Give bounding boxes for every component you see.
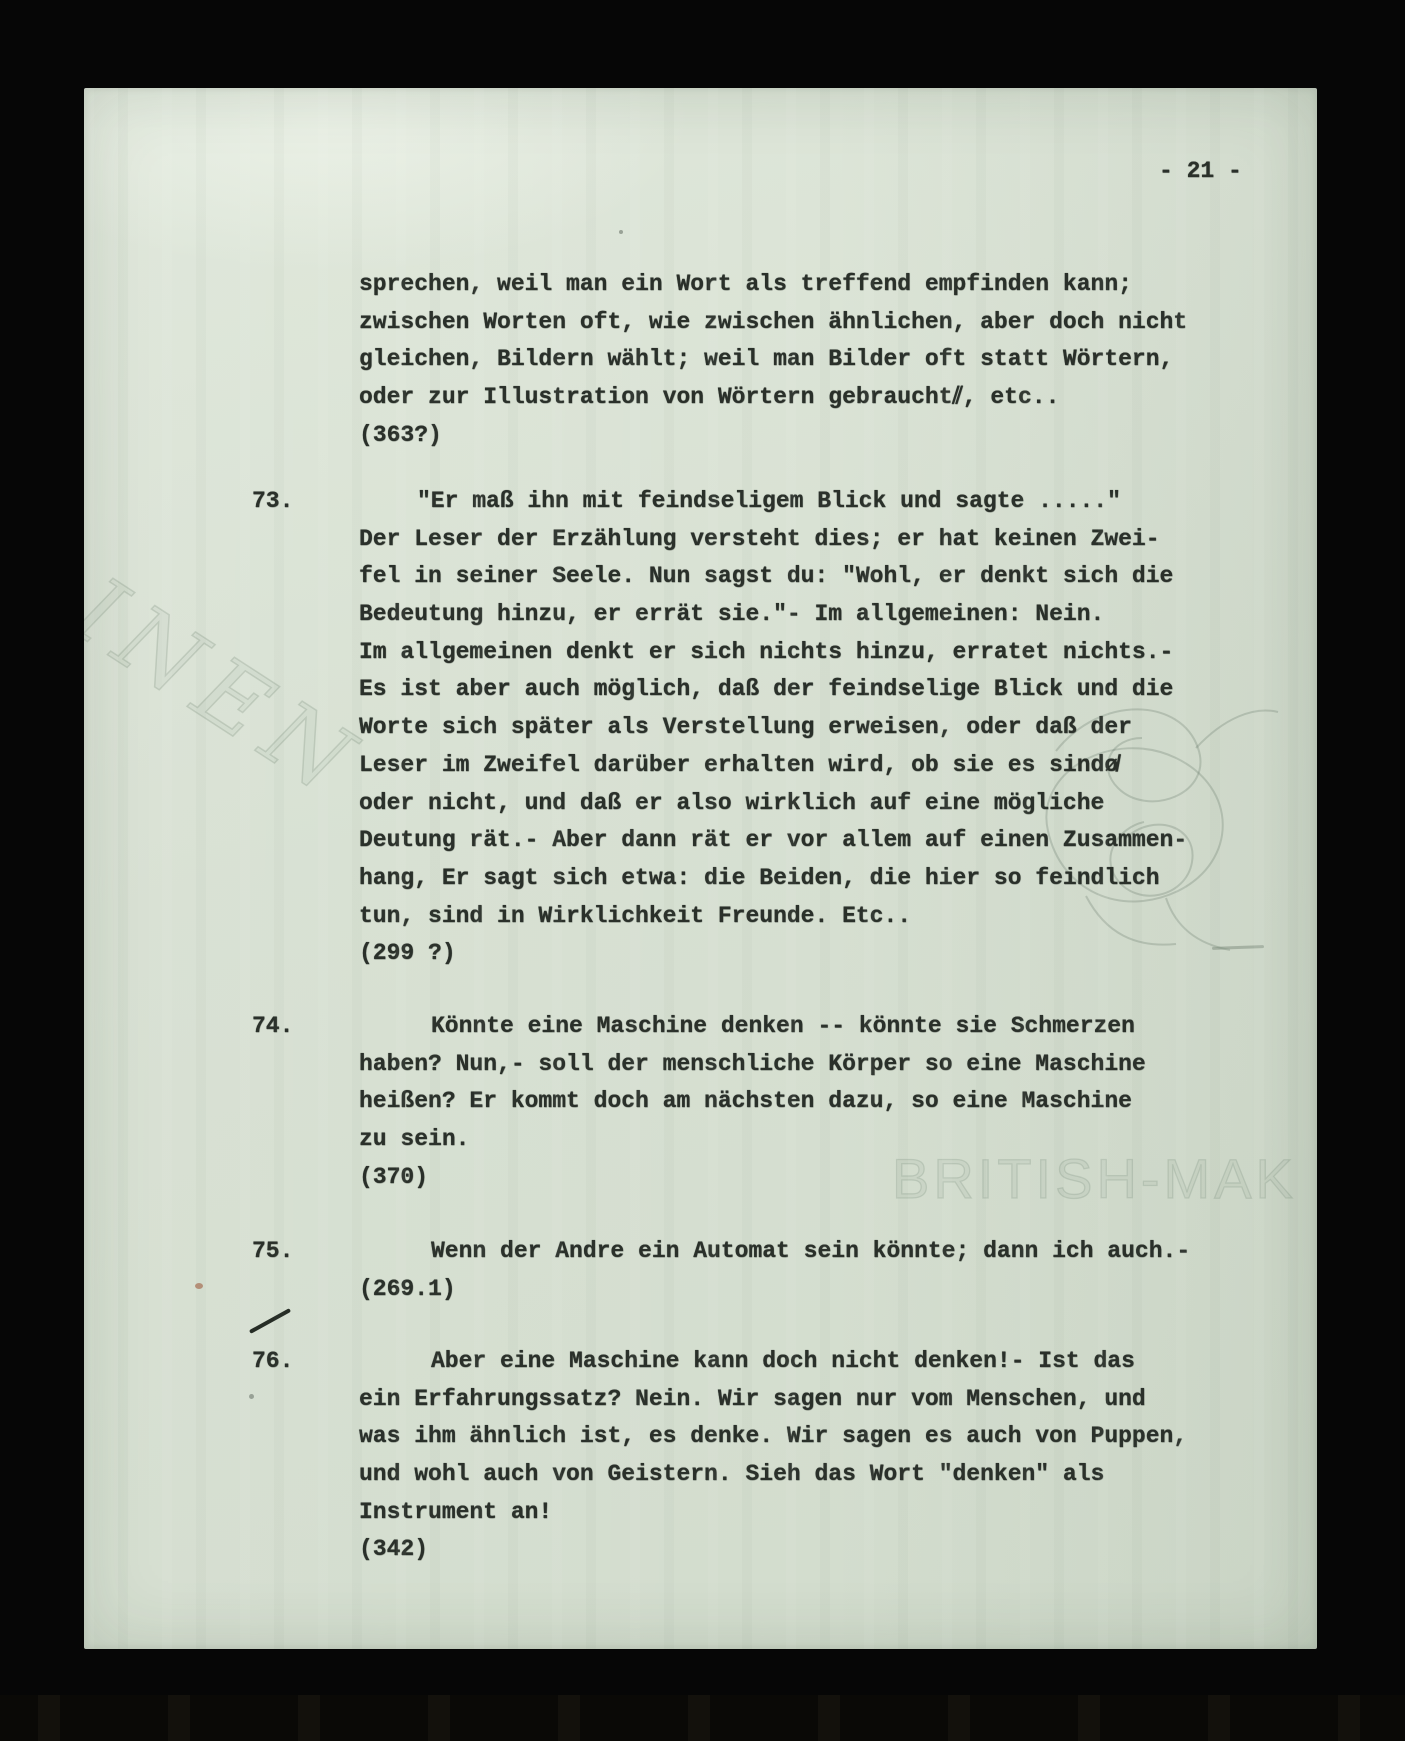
source-reference: (363?) bbox=[359, 417, 1259, 455]
text-line: oder zur Illustration von Wörtern gebrau… bbox=[359, 379, 1259, 417]
text-line: Es ist aber auch möglich, daß der feinds… bbox=[359, 671, 1259, 709]
text-line: und wohl auch von Geistern. Sieh das Wor… bbox=[359, 1456, 1259, 1494]
film-edge-band bbox=[0, 1695, 1405, 1741]
section-74: 74.Könnte eine Maschine denken -- könnte… bbox=[359, 1008, 1259, 1196]
text-line: Im allgemeinen denkt er sich nichts hinz… bbox=[359, 634, 1259, 672]
text-line: heißen? Er kommt doch am nächsten dazu, … bbox=[359, 1083, 1259, 1121]
section-number: 73. bbox=[252, 483, 293, 521]
section-continuation: sprechen, weil man ein Wort als treffend… bbox=[359, 266, 1259, 454]
text-line: zwischen Worten oft, wie zwischen ähnlic… bbox=[359, 304, 1259, 342]
section-number: 75. bbox=[252, 1233, 293, 1271]
text-line: Wenn der Andre ein Automat sein könnte; … bbox=[359, 1233, 1259, 1271]
text-line: was ihm ähnlich ist, es denke. Wir sagen… bbox=[359, 1418, 1259, 1456]
text-line: hang, Er sagt sich etwa: die Beiden, die… bbox=[359, 860, 1259, 898]
section-73: 73."Er maß ihn mit feindseligem Blick un… bbox=[359, 483, 1259, 973]
source-reference: (299 ?) bbox=[359, 935, 1259, 973]
document-page: LINEN BRITISH-MAK - 21 - sprechen, weil … bbox=[84, 88, 1317, 1649]
section-75: 75.Wenn der Andre ein Automat sein könnt… bbox=[359, 1233, 1259, 1308]
text-line: haben? Nun,- soll der menschliche Körper… bbox=[359, 1046, 1259, 1084]
text-line: oder nicht, und daß er also wirklich auf… bbox=[359, 785, 1259, 823]
section-number: 76. bbox=[252, 1343, 293, 1381]
source-reference: (342) bbox=[359, 1531, 1259, 1569]
section-76: 76.Aber eine Maschine kann doch nicht de… bbox=[359, 1343, 1259, 1569]
text-line: ein Erfahrungssatz? Nein. Wir sagen nur … bbox=[359, 1381, 1259, 1419]
source-reference: (269.1) bbox=[359, 1271, 1259, 1309]
text-line: "Er maß ihn mit feindseligem Blick und s… bbox=[359, 483, 1259, 521]
source-reference: (370) bbox=[359, 1159, 1259, 1197]
text-line: Deutung rät.- Aber dann rät er vor allem… bbox=[359, 822, 1259, 860]
text-line: zu sein. bbox=[359, 1121, 1259, 1159]
scan-background: LINEN BRITISH-MAK - 21 - sprechen, weil … bbox=[0, 0, 1405, 1741]
text-line: fel in seiner Seele. Nun sagst du: "Wohl… bbox=[359, 558, 1259, 596]
text-line: Aber eine Maschine kann doch nicht denke… bbox=[359, 1343, 1259, 1381]
section-number: 74. bbox=[252, 1008, 293, 1046]
text-line: Bedeutung hinzu, er errät sie."- Im allg… bbox=[359, 596, 1259, 634]
text-line: Worte sich später als Verstellung erweis… bbox=[359, 709, 1259, 747]
linen-watermark: LINEN bbox=[84, 516, 382, 821]
paper-speck bbox=[195, 1283, 203, 1289]
text-line: sprechen, weil man ein Wort als treffend… bbox=[359, 266, 1259, 304]
text-line: gleichen, Bildern wählt; weil man Bilder… bbox=[359, 341, 1259, 379]
paper-speck bbox=[249, 1394, 254, 1399]
text-line: Leser im Zweifel darüber erhalten wird, … bbox=[359, 747, 1259, 785]
text-line: tun, sind in Wirklichkeit Freunde. Etc.. bbox=[359, 898, 1259, 936]
text-line: Der Leser der Erzählung versteht dies; e… bbox=[359, 521, 1259, 559]
handwritten-check-mark bbox=[249, 1308, 291, 1334]
text-line: Könnte eine Maschine denken -- könnte si… bbox=[359, 1008, 1259, 1046]
page-content: sprechen, weil man ein Wort als treffend… bbox=[359, 88, 1279, 1649]
text-line: Instrument an! bbox=[359, 1494, 1259, 1532]
